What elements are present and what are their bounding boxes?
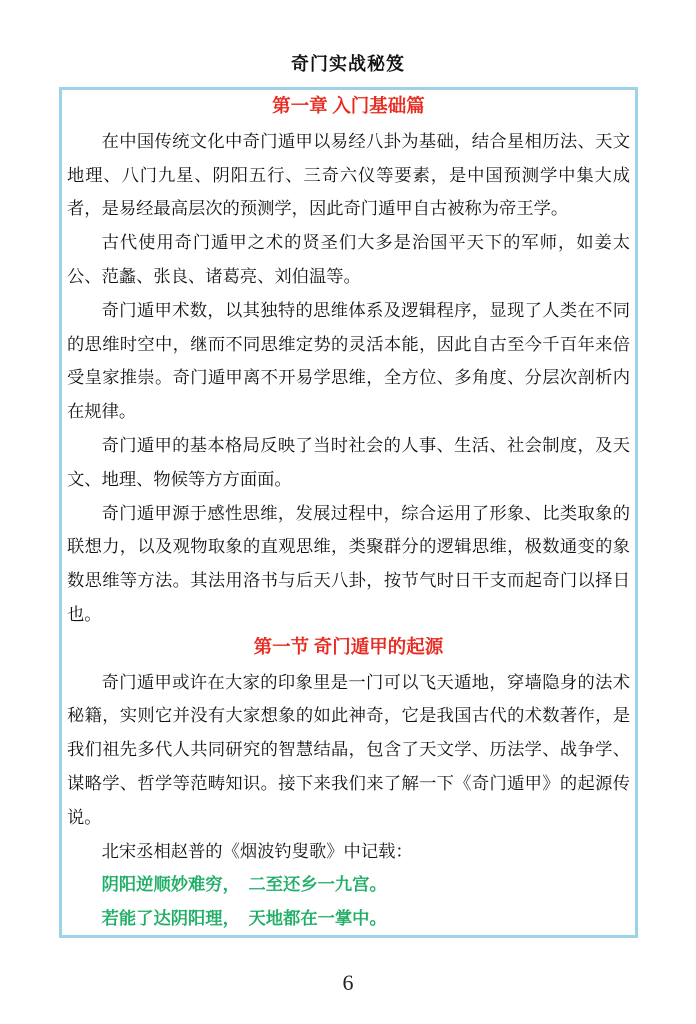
- paragraph: 奇门遁甲源于感性思维，发展过程中，综合运用了形象、比类取象的联想力，以及观物取象…: [67, 497, 630, 632]
- paragraph: 在中国传统文化中奇门遁甲以易经八卦为基础，结合星相历法、天文地理、八门九星、阴阳…: [67, 125, 630, 226]
- document-page: 奇门实战秘笈 第一章 入门基础篇 在中国传统文化中奇门遁甲以易经八卦为基础，结合…: [0, 0, 696, 1024]
- section-heading: 第一节 奇门遁甲的起源: [67, 632, 630, 666]
- paragraph: 古代使用奇门遁甲之术的贤圣们大多是治国平天下的军师，如姜太公、范蠡、张良、诸葛亮…: [67, 226, 630, 294]
- content-box: 第一章 入门基础篇 在中国传统文化中奇门遁甲以易经八卦为基础，结合星相历法、天文…: [59, 87, 638, 938]
- document-title: 奇门实战秘笈: [0, 50, 696, 76]
- quote-line: 若能了达阴阳理， 天地都在一掌中。: [67, 902, 630, 936]
- paragraph: 奇门遁甲的基本格局反映了当时社会的人事、生活、社会制度，及天文、地理、物候等方方…: [67, 429, 630, 497]
- quote-line: 阴阳逆顺妙难穷， 二至还乡一九宫。: [67, 868, 630, 902]
- paragraph: 奇门遁甲术数，以其独特的思维体系及逻辑程序，显现了人类在不同的思维时空中，继而不…: [67, 294, 630, 429]
- page-number: 6: [0, 970, 696, 996]
- paragraph: 北宋丞相赵普的《烟波钓叟歌》中记载：: [67, 835, 630, 869]
- paragraph: 奇门遁甲或许在大家的印象里是一门可以飞天遁地，穿墙隐身的法术秘籍，实则它并没有大…: [67, 666, 630, 835]
- chapter-heading: 第一章 入门基础篇: [67, 91, 630, 125]
